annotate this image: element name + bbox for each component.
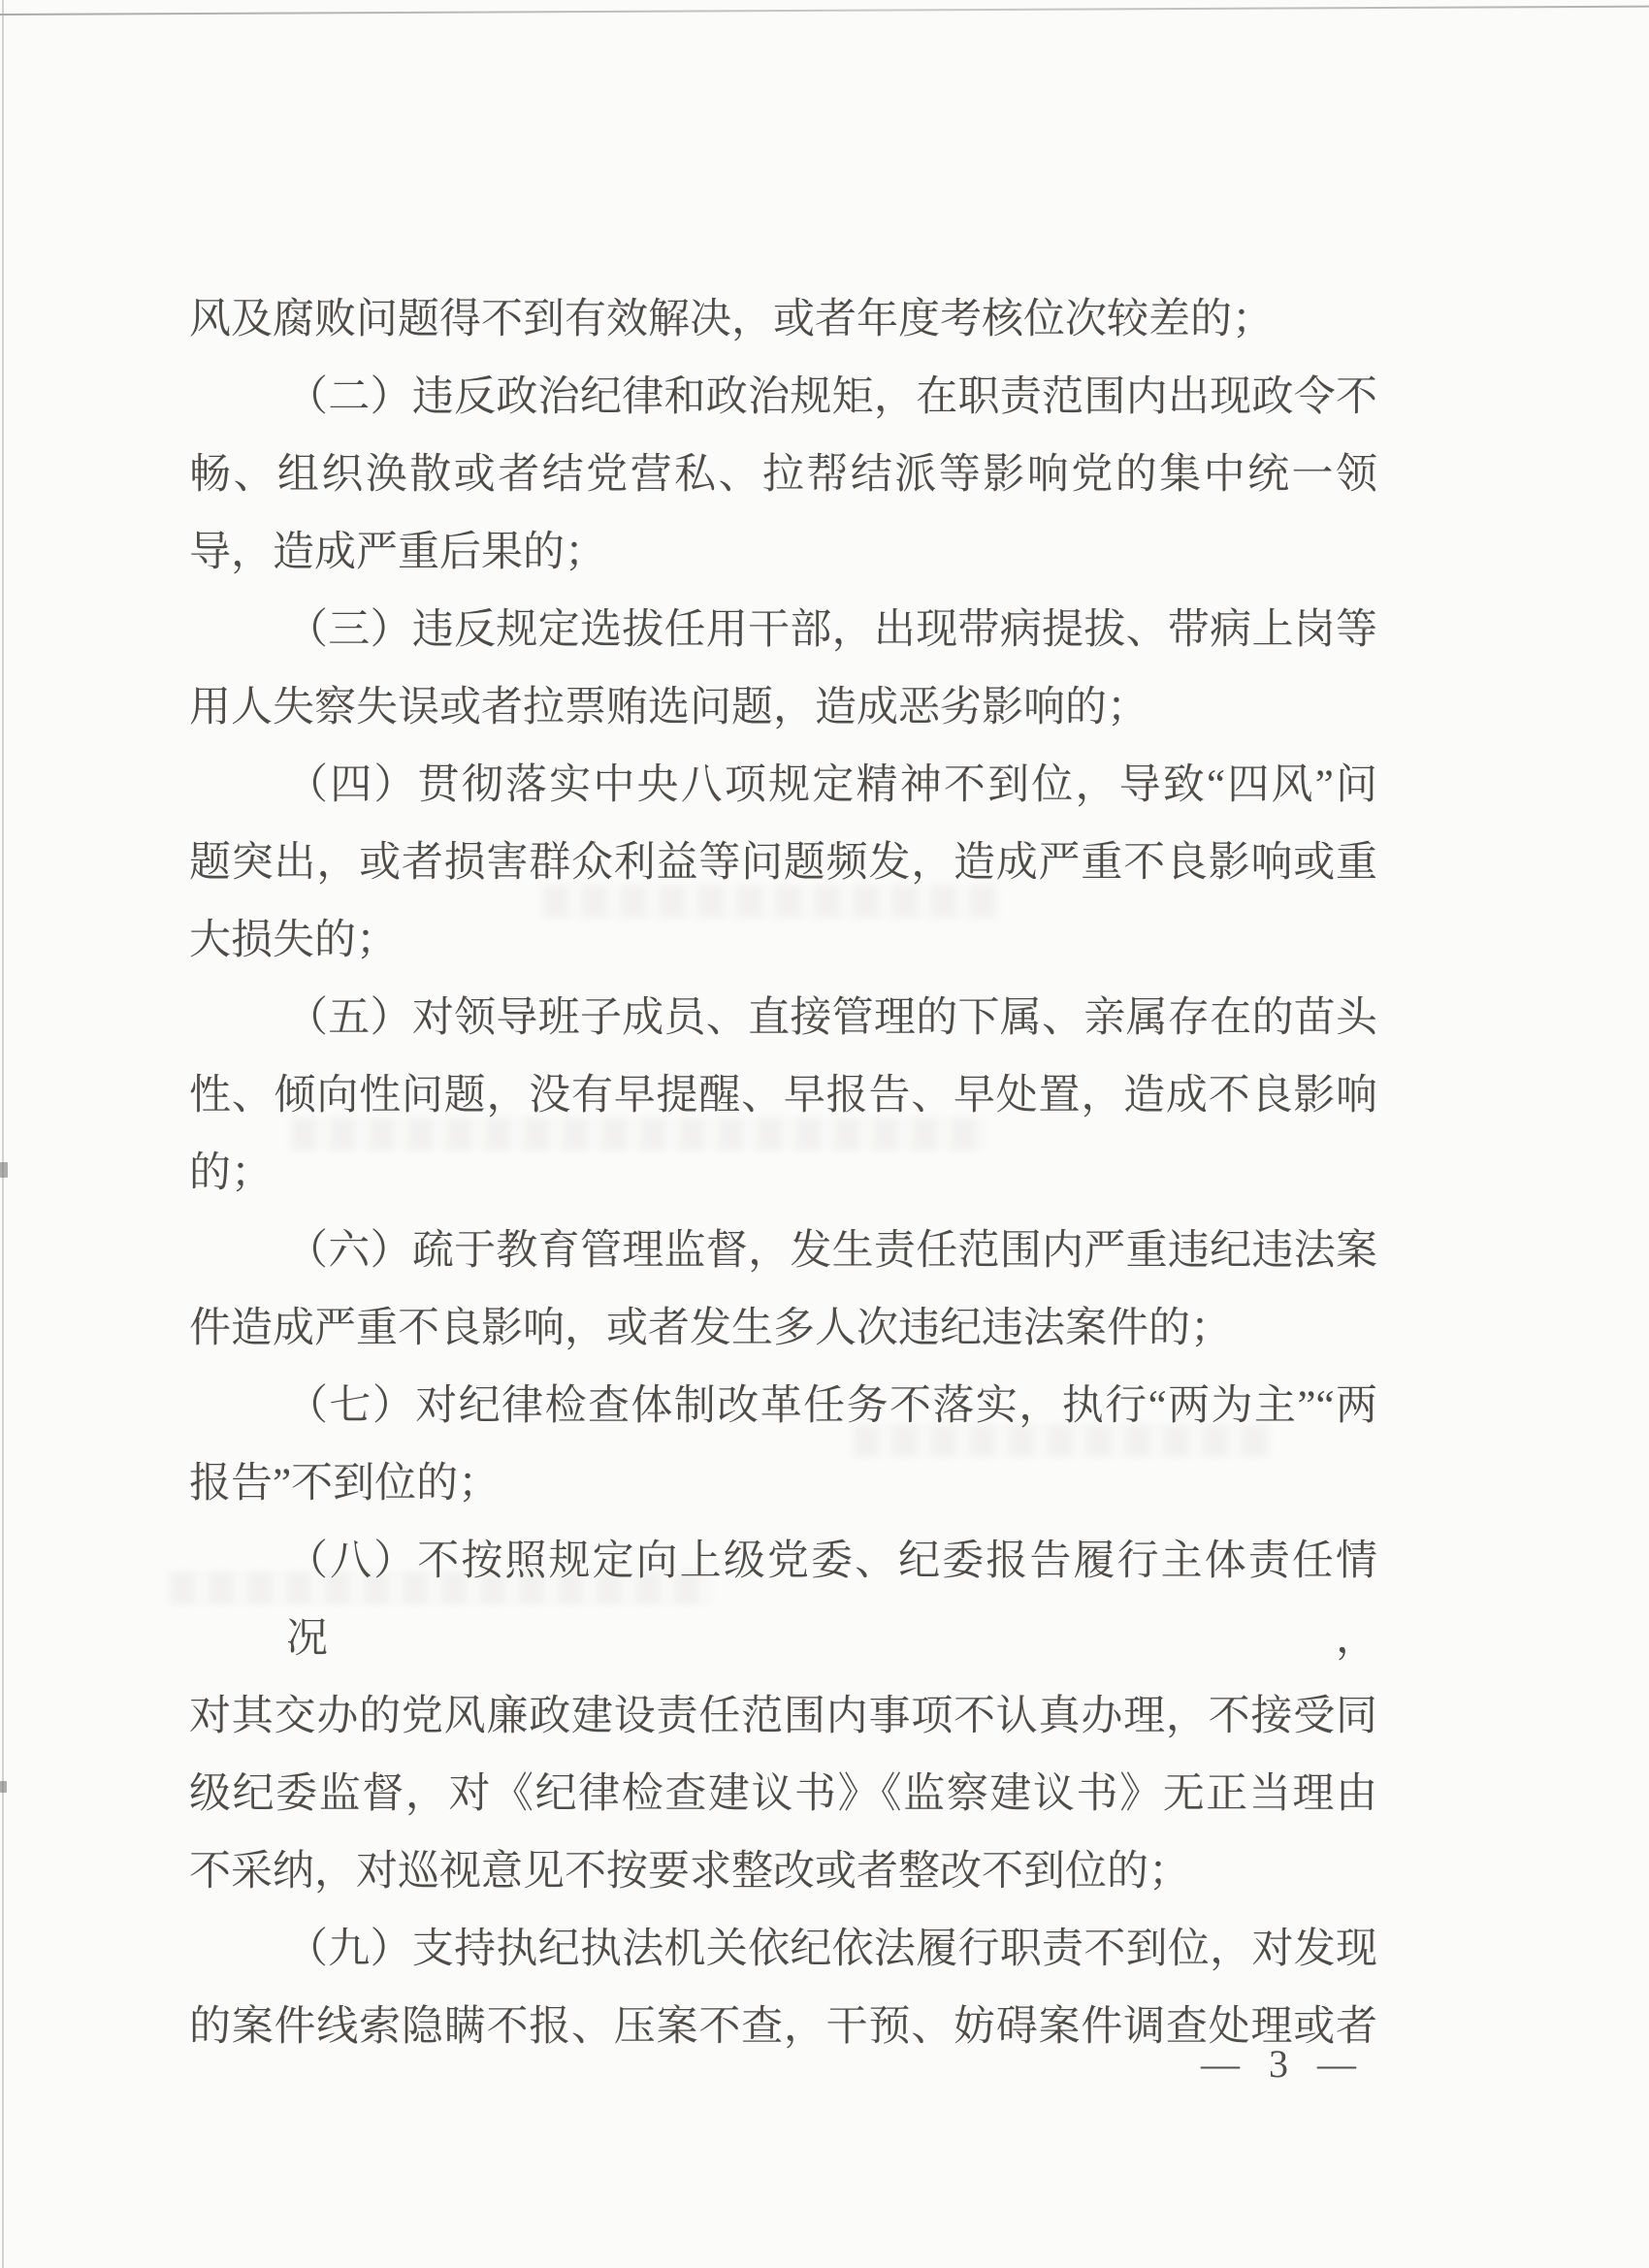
text-line: 畅、组织涣散或者结党营私、拉帮结派等影响党的集中统一领 xyxy=(189,437,1377,514)
text-line: （三）违反规定选拔任用干部，出现带病提拔、带病上岗等 xyxy=(189,592,1377,669)
text-line: 件造成严重不良影响，或者发生多人次违纪违法案件的； xyxy=(189,1290,1377,1368)
text-line: 级纪委监督，对《纪律检查建议书》《监察建议书》无正当理由 xyxy=(189,1756,1377,1833)
text-line: 题突出，或者损害群众利益等问题频发，造成严重不良影响或重 xyxy=(189,825,1377,902)
text-line: 性、倾向性问题，没有早提醒、早报告、早处置，造成不良影响 xyxy=(189,1057,1377,1135)
text-line: （六）疏于教育管理监督，发生责任范围内严重违纪违法案 xyxy=(189,1213,1377,1290)
text-line: 用人失察失误或者拉票贿选问题，造成恶劣影响的； xyxy=(189,669,1377,747)
scan-top-edge-line xyxy=(0,6,1649,16)
text-line: 风及腐败问题得不到有效解决，或者年度考核位次较差的； xyxy=(189,281,1377,359)
text-line: 对其交办的党风廉政建设责任范围内事项不认真办理，不接受同 xyxy=(189,1678,1377,1756)
text-line: （八）不按照规定向上级党委、纪委报告履行主体责任情况， xyxy=(189,1523,1377,1678)
text-line: 大损失的； xyxy=(189,902,1377,980)
text-line: （七）对纪律检查体制改革任务不落实，执行“两为主”“两 xyxy=(189,1368,1377,1445)
text-line: （四）贯彻落实中央八项规定精神不到位，导致“四风”问 xyxy=(189,747,1377,825)
page-number: — 3 — xyxy=(1201,2035,1366,2093)
text-line: 的案件线索隐瞒不报、压案不查，干预、妨碍案件调查处理或者 xyxy=(189,1989,1377,2066)
text-line: （二）违反政治纪律和政治规矩，在职责范围内出现政令不 xyxy=(189,359,1377,437)
text-line: 的； xyxy=(189,1135,1377,1213)
binding-mark xyxy=(0,1781,7,1793)
text-line: 报告”不到位的； xyxy=(189,1445,1377,1523)
text-line: （五）对领导班子成员、直接管理的下属、亲属存在的苗头 xyxy=(189,980,1377,1057)
document-body: 风及腐败问题得不到有效解决，或者年度考核位次较差的；（二）违反政治纪律和政治规矩… xyxy=(189,281,1377,2066)
scan-left-edge-line xyxy=(2,0,4,2268)
text-line: 不采纳，对巡视意见不按要求整改或者整改不到位的； xyxy=(189,1833,1377,1911)
scanned-document-page: 风及腐败问题得不到有效解决，或者年度考核位次较差的；（二）违反政治纪律和政治规矩… xyxy=(0,0,1649,2268)
binding-mark xyxy=(0,1162,8,1178)
text-line: （九）支持执纪执法机关依纪依法履行职责不到位，对发现 xyxy=(189,1911,1377,1989)
text-line: 导，造成严重后果的； xyxy=(189,514,1377,592)
